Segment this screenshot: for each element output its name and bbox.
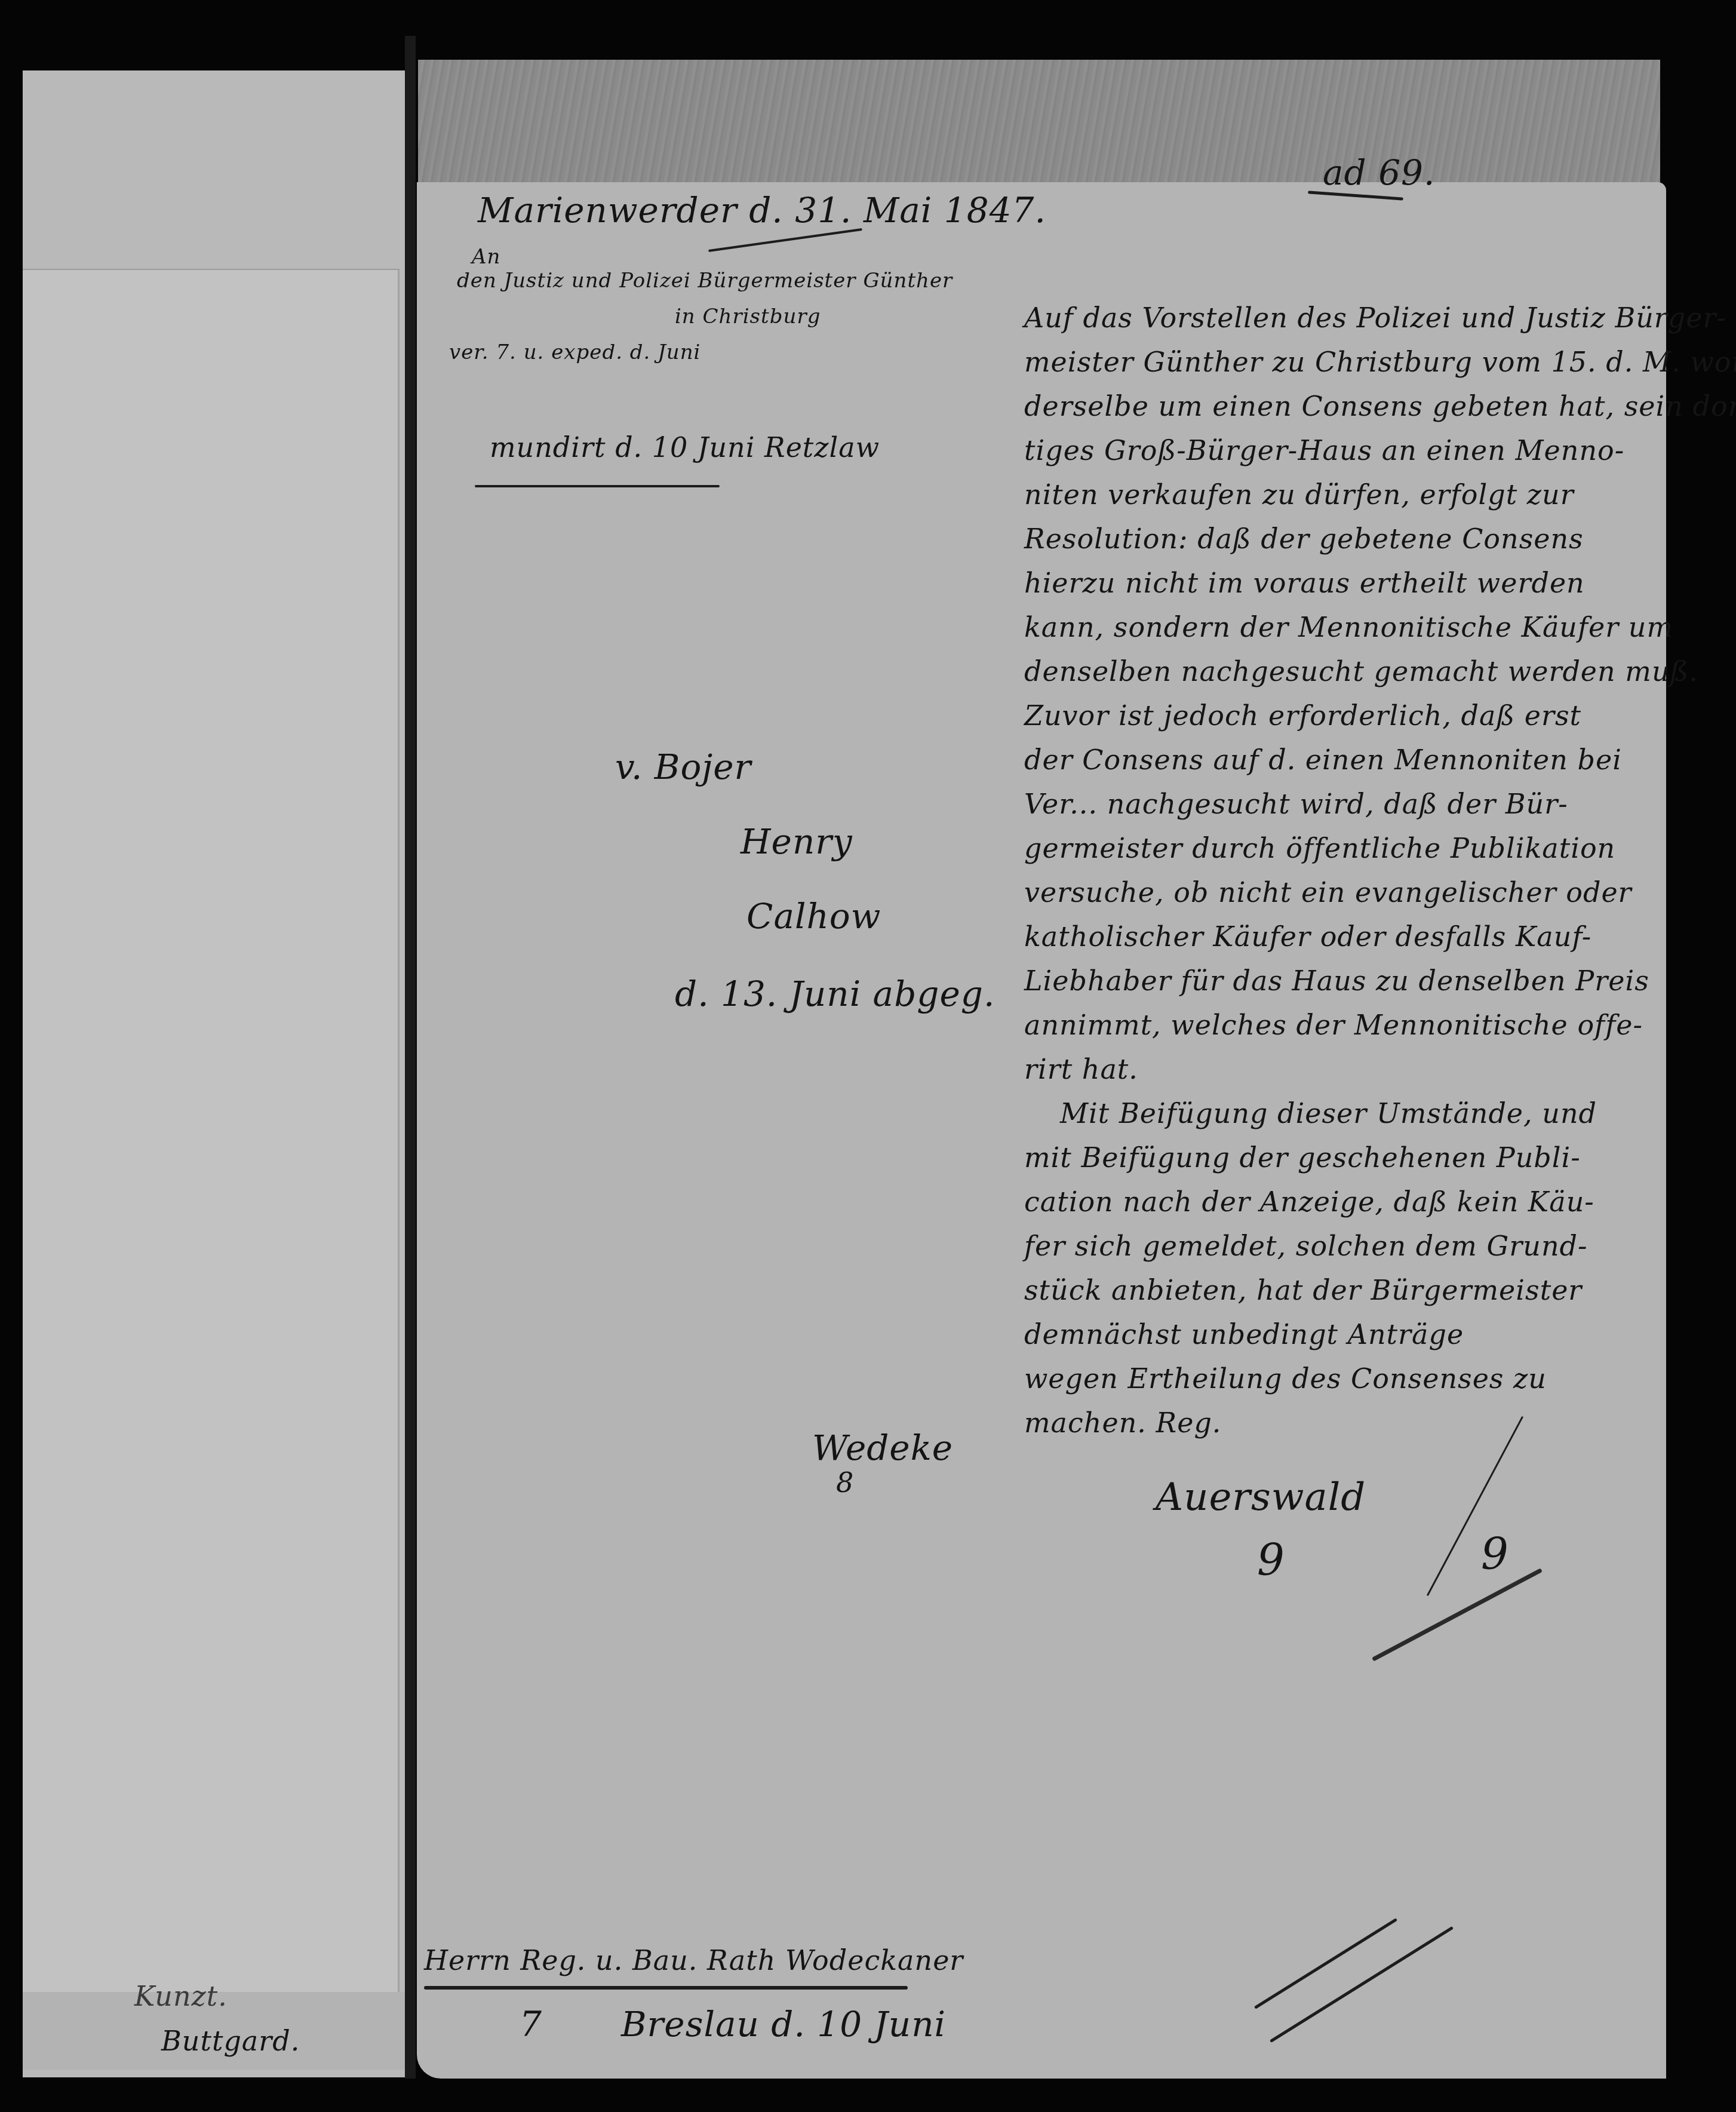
- footer-number: 7: [520, 2004, 542, 2045]
- address-prefix: An: [472, 245, 500, 269]
- marginal-date-note: d. 13. Juni abgeg.: [675, 974, 995, 1014]
- body-line: annimmt, welches der Mennonitische offe-: [1024, 1009, 1657, 1053]
- body-line: derselbe um einen Consens gebeten hat, s…: [1024, 390, 1657, 434]
- body-line: Liebhaber für das Haus zu denselben Prei…: [1024, 965, 1657, 1009]
- body-line: Ver... nachgesucht wird, daß der Bür-: [1024, 788, 1657, 832]
- body-line: Mit Beifügung dieser Umstände, und: [1024, 1097, 1657, 1141]
- marginal-name-2: Henry: [741, 821, 853, 862]
- body-line: Zuvor ist jedoch erforderlich, daß erst: [1024, 699, 1657, 744]
- body-line: denselben nachgesucht gemacht werden muß…: [1024, 655, 1657, 699]
- body-line: germeister durch öffentliche Publikation: [1024, 832, 1657, 876]
- torn-top-strip: [418, 60, 1660, 203]
- marginal-name-3: Calhow: [746, 896, 881, 937]
- folder-note-2: Buttgard.: [161, 2025, 300, 2057]
- signature-second-number: 9: [1481, 1529, 1509, 1579]
- signature-main-number: 9: [1257, 1535, 1285, 1585]
- body-line: machen. Reg.: [1024, 1407, 1657, 1451]
- footer-underline: [424, 1986, 908, 1990]
- binding-spine: [405, 36, 416, 2079]
- body-line: hierzu nicht im voraus ertheilt werden: [1024, 567, 1657, 611]
- body-line: mit Beifügung der geschehenen Publi-: [1024, 1141, 1657, 1186]
- place-date: Marienwerder d. 31. Mai 1847.: [478, 190, 1046, 231]
- body-line: Auf das Vorstellen des Polizei und Justi…: [1024, 302, 1657, 346]
- body-line: kann, sondern der Mennonitische Käufer u…: [1024, 611, 1657, 655]
- footer-place-date: Breslau d. 10 Juni: [621, 2004, 946, 2045]
- folio-reference: ad 69.: [1323, 152, 1435, 193]
- folder-note-1: Kunzt.: [134, 1980, 228, 2012]
- body-line: versuche, ob nicht ein evangelischer ode…: [1024, 876, 1657, 920]
- body-line: der Consens auf d. einen Mennoniten bei: [1024, 744, 1657, 788]
- body-line: Resolution: daß der gebetene Consens: [1024, 523, 1657, 567]
- body-line: fer sich gemeldet, solchen dem Grund-: [1024, 1230, 1657, 1274]
- initial-signature: Wedeke: [812, 1428, 953, 1468]
- left-folder-inner-sheet: [23, 269, 400, 1993]
- addressee: den Justiz und Polizei Bürgermeister Gün…: [457, 269, 953, 293]
- dispatch-underline: [475, 485, 720, 487]
- addressee-location: in Christburg: [675, 305, 821, 329]
- body-line: meister Günther zu Christburg vom 15. d.…: [1024, 346, 1657, 390]
- letter-body: Auf das Vorstellen des Polizei und Justi…: [1024, 302, 1657, 1451]
- body-line: cation nach der Anzeige, daß kein Käu-: [1024, 1186, 1657, 1230]
- footer-addressee: Herrn Reg. u. Bau. Rath Wodeckaner: [424, 1944, 963, 1976]
- registry-note: ver. 7. u. exped. d. Juni: [449, 340, 700, 364]
- marginal-name-1: v. Bojer: [615, 747, 751, 787]
- dispatch-note: mundirt d. 10 Juni Retzlaw: [490, 431, 880, 463]
- body-line: demnächst unbedingt Anträge: [1024, 1318, 1657, 1362]
- body-line: niten verkaufen zu dürfen, erfolgt zur: [1024, 478, 1657, 523]
- body-line: rirt hat.: [1024, 1053, 1657, 1097]
- body-line: wegen Ertheilung des Consenses zu: [1024, 1362, 1657, 1407]
- body-line: katholischer Käufer oder desfalls Kauf-: [1024, 920, 1657, 965]
- signature-main: Auerswald: [1156, 1475, 1366, 1519]
- initial-signature-number: 8: [836, 1466, 854, 1499]
- body-line: tiges Groß-Bürger-Haus an einen Menno-: [1024, 434, 1657, 478]
- body-line: stück anbieten, hat der Bürgermeister: [1024, 1274, 1657, 1318]
